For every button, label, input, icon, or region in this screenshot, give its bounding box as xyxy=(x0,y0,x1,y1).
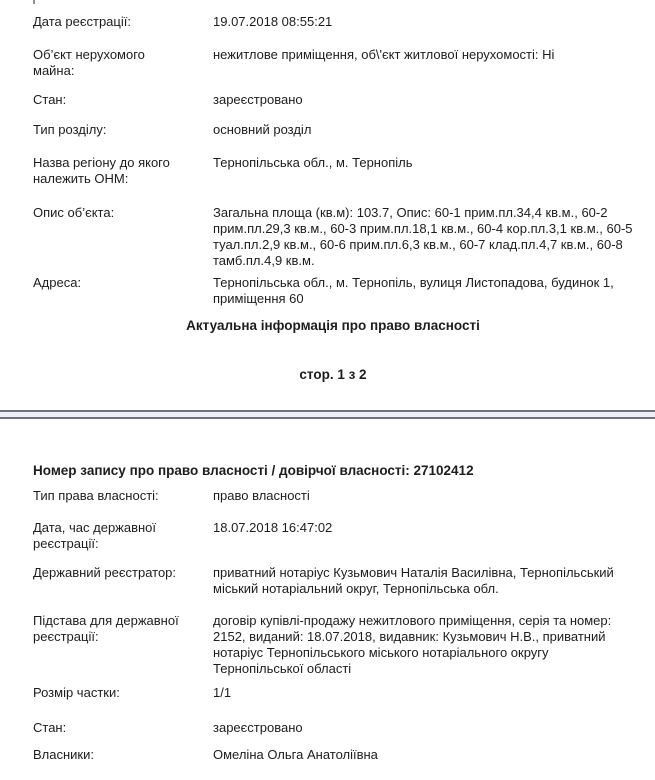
field-value: Тернопільська обл., м. Тернопіль xyxy=(213,155,633,187)
field-label: Власники: xyxy=(33,747,183,763)
crop-border-artifact xyxy=(33,0,35,4)
field-label: Тип права власності: xyxy=(33,488,183,504)
field-value: 18.07.2018 16:47:02 xyxy=(213,520,633,552)
field-label: Опис об’єкта: xyxy=(33,205,183,269)
ownership-record-heading: Номер запису про право власності / довір… xyxy=(33,463,633,479)
field-value: основний розділ xyxy=(213,122,633,138)
field-value: зареєстровано xyxy=(213,720,633,736)
field-value: нежитлове приміщення, об\'єкт житлової н… xyxy=(213,47,633,79)
field-label: Підстава для державної реєстрації: xyxy=(33,613,183,677)
field-value: договір купівлі-продажу нежитлового прим… xyxy=(213,613,633,677)
owners-row: Власники: Омеліна Ольга Анатоліївна xyxy=(33,747,633,763)
field-label: Адреса: xyxy=(33,275,183,307)
share-size-row: Розмір частки: 1/1 xyxy=(33,685,633,701)
region-row: Назва регіону до якого належить ОНМ: Тер… xyxy=(33,155,633,187)
field-value: 1/1 xyxy=(213,685,633,701)
section-type-row: Тип розділу: основний розділ xyxy=(33,122,633,138)
registration-basis-row: Підстава для державної реєстрації: догов… xyxy=(33,613,633,677)
address-row: Адреса: Тернопільська обл., м. Тернопіль… xyxy=(33,275,633,307)
field-value: Тернопільська обл., м. Тернопіль, вулиця… xyxy=(213,275,633,307)
field-label: Дата, час державної реєстрації: xyxy=(33,520,183,552)
ownership-record-section: Тип права власності: право власності Дат… xyxy=(33,488,633,763)
field-value: зареєстровано xyxy=(213,92,633,108)
field-value: Омеліна Ольга Анатоліївна xyxy=(213,747,633,763)
field-label: Державний реєстратор: xyxy=(33,565,183,597)
status-row: Стан: зареєстровано xyxy=(33,92,633,108)
field-value: право власності xyxy=(213,488,633,504)
state-registration-date-row: Дата, час державної реєстрації: 18.07.20… xyxy=(33,520,633,552)
page-indicator: стор. 1 з 2 xyxy=(33,367,633,383)
property-object-row: Об’єкт нерухомого майна: нежитлове примі… xyxy=(33,47,633,79)
field-value: приватний нотаріус Кузьмович Наталія Вас… xyxy=(213,565,633,597)
field-label: Тип розділу: xyxy=(33,122,183,138)
field-label: Стан: xyxy=(33,720,183,736)
field-label: Дата реєстрації: xyxy=(33,14,183,30)
field-value: Загальна площа (кв.м): 103.7, Опис: 60-1… xyxy=(213,205,633,269)
section-divider xyxy=(0,410,655,419)
field-label: Розмір частки: xyxy=(33,685,183,701)
ownership-status-row: Стан: зареєстровано xyxy=(33,720,633,736)
registry-extract-page: Дата реєстрації: 19.07.2018 08:55:21 Об’… xyxy=(0,0,655,780)
field-label: Стан: xyxy=(33,92,183,108)
property-info-section: Дата реєстрації: 19.07.2018 08:55:21 Об’… xyxy=(33,14,633,307)
ownership-section-title: Актуальна інформація про право власності xyxy=(33,318,633,334)
field-label: Об’єкт нерухомого майна: xyxy=(33,47,183,79)
state-registrar-row: Державний реєстратор: приватний нотаріус… xyxy=(33,565,633,597)
registration-date-row: Дата реєстрації: 19.07.2018 08:55:21 xyxy=(33,14,633,30)
field-value: 19.07.2018 08:55:21 xyxy=(213,14,633,30)
ownership-type-row: Тип права власності: право власності xyxy=(33,488,633,504)
field-label: Назва регіону до якого належить ОНМ: xyxy=(33,155,183,187)
object-description-row: Опис об’єкта: Загальна площа (кв.м): 103… xyxy=(33,205,633,269)
